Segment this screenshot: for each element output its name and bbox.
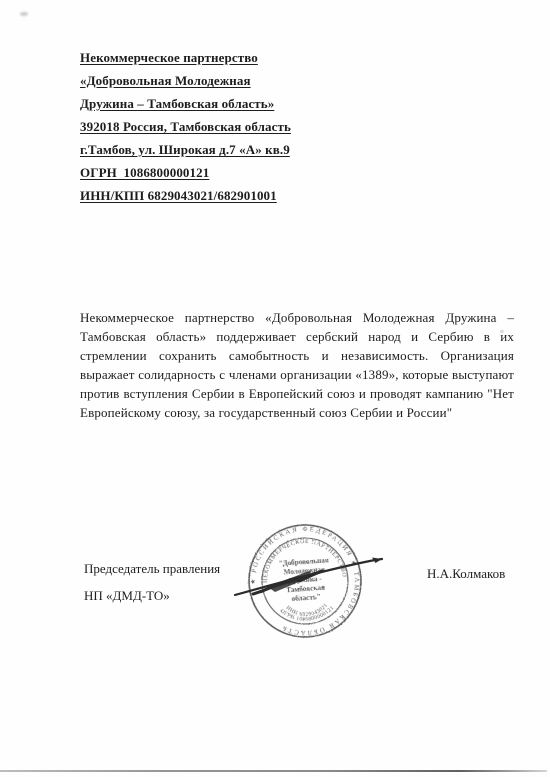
svg-text:область": область" xyxy=(291,593,321,603)
letterhead-org-line: «Добровольная Молодежная xyxy=(80,69,291,92)
letterhead-address-line: г.Тамбов, ул. Широкая д.7 «А» кв.9 xyxy=(80,138,291,161)
letterhead: Некоммерческое партнерство «Добровольная… xyxy=(80,46,291,207)
body-text-line: Тамбовская область» поддерживает сербски… xyxy=(80,327,514,346)
organization-stamp: ★ РОССИЙСКАЯ ФЕДЕРАЦИЯ ★ ТАМБОВСКАЯ ОБЛА… xyxy=(223,515,413,655)
letterhead-address-line: 392018 Россия, Тамбовская область xyxy=(80,115,291,138)
document-page: Некоммерческое партнерство «Добровольная… xyxy=(0,0,550,777)
signer-name: Н.А.Колмаков xyxy=(427,566,505,582)
body-text-line: против вступления Сербии в Европейский с… xyxy=(80,384,514,403)
scan-edge-line xyxy=(0,770,547,772)
stamp-seal-graphic: ★ РОССИЙСКАЯ ФЕДЕРАЦИЯ ★ ТАМБОВСКАЯ ОБЛА… xyxy=(223,515,413,655)
stamp-circle-group: ★ РОССИЙСКАЯ ФЕДЕРАЦИЯ ★ ТАМБОВСКАЯ ОБЛА… xyxy=(245,521,365,641)
signer-title-line: Председатель правления xyxy=(84,561,220,577)
body-text-line: стремлении сохранить самобытность и неза… xyxy=(80,346,514,365)
body-text-line: Некоммерческое партнерство «Добровольная… xyxy=(80,308,514,327)
signer-org-abbr: НП «ДМД-ТО» xyxy=(84,588,170,604)
scan-speck xyxy=(20,12,28,16)
letter-body-paragraph: Некоммерческое партнерство «Добровольная… xyxy=(80,308,514,422)
letterhead-org-line: Некоммерческое партнерство xyxy=(80,46,291,69)
letterhead-ogrn-line: ОГРН 1086800000121 xyxy=(80,161,291,184)
letterhead-org-line: Дружина – Тамбовская область» xyxy=(80,92,291,115)
body-text-line: выражает солидарность с членами организа… xyxy=(80,365,514,384)
letterhead-inn-kpp-line: ИНН/КПП 6829043021/682901001 xyxy=(80,184,291,207)
body-text-line: Европейскому союзу, за государственный с… xyxy=(80,403,514,422)
